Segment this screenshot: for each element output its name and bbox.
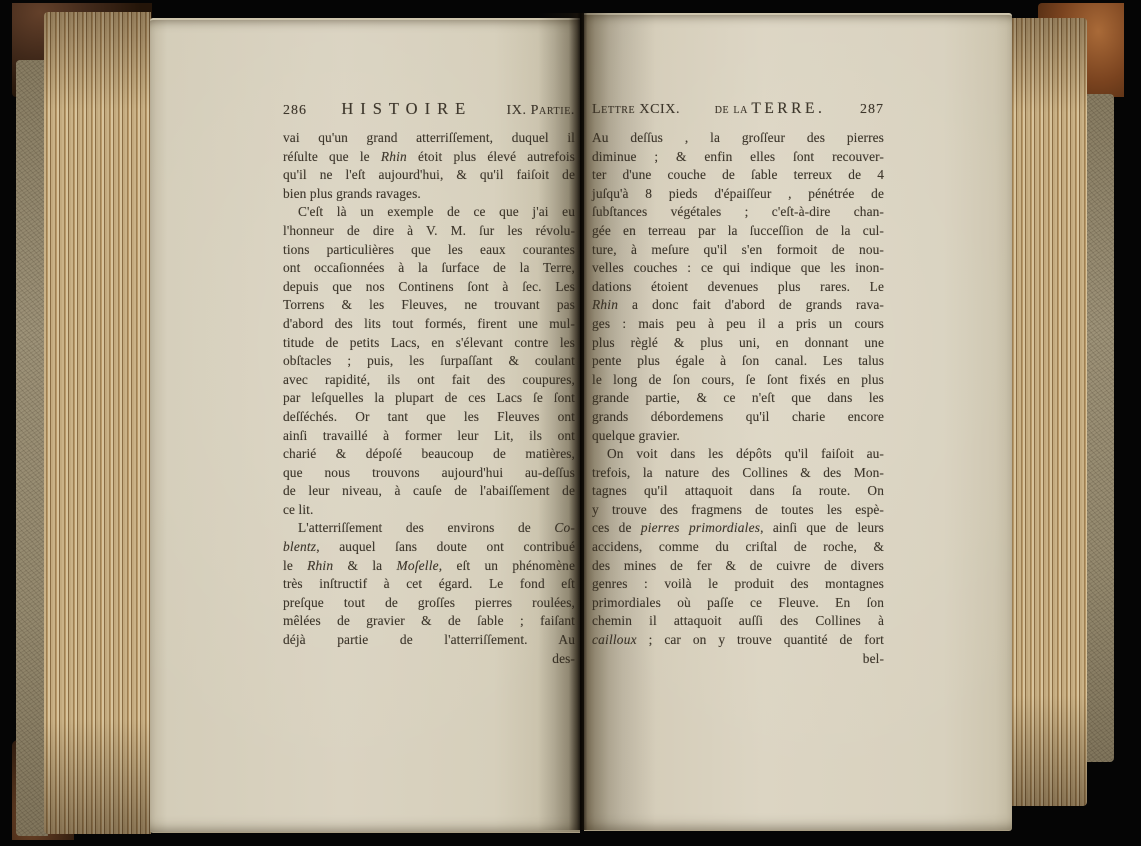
text-line: y trouve des fragmens de toutes les espè… [592, 501, 884, 520]
text-line: mêlées de gravier & de ſable ; faiſant [283, 612, 575, 631]
right-page-number: 287 [860, 101, 884, 120]
text-line: ce lit. [283, 501, 575, 520]
text-line: C'eſt là un exemple de ce que j'ai eu [283, 203, 575, 222]
text-line: Au deſſus , la groſſeur des pierres [592, 129, 884, 148]
text-line: des mines de fer & de cuivre de divers [592, 557, 884, 576]
right-running-header: Lettre XCIX. de la TERRE. 287 [592, 100, 884, 122]
text-line: déjà partie de l'atterriſſement. Au [283, 631, 575, 650]
text-line: bien plus grands ravages. [283, 185, 575, 204]
text-line: Torrens & les Fleuves, ne trouvant pas [283, 296, 575, 315]
text-line: ont occaſionnées à la ſurface de la Terr… [283, 259, 575, 278]
text-line: L'atterriſſement des environs de Co- [283, 519, 575, 538]
text-line: depuis que nos Continens ſont à ſec. Les [283, 278, 575, 297]
text-line: quelque gravier. [592, 427, 884, 446]
text-line: juſqu'à 8 pieds d'épaiſſeur , pénétrée d… [592, 185, 884, 204]
text-line: grands débordemens qu'il charie encore [592, 408, 884, 427]
text-line: ainſi travaillé à former leur Lit, ils o… [283, 427, 575, 446]
text-line: cailloux ; car on y trouve quantité de f… [592, 631, 884, 650]
text-line: accidens, comme du criſtal de roche, & [592, 538, 884, 557]
left-page-text-block: 286 HISTOIRE IX. Partie. vai qu'un grand… [283, 100, 575, 668]
text-line: pente plus égale à ſon canal. Les talus [592, 352, 884, 371]
right-page-text: Au deſſus , la groſſeur des pierresdimin… [592, 129, 884, 668]
text-line: l'honneur de dire à V. M. ſur les révolu… [283, 222, 575, 241]
text-line: charié & dépoſé beaucoup de matières, [283, 445, 575, 464]
text-line: obſtacles ; puis, les ſurpaſſant & coula… [283, 352, 575, 371]
catchword: bel- [592, 650, 884, 669]
text-line: par leſquelles la plupart de ces Lacs ſe… [283, 389, 575, 408]
text-line: qu'il ne l'eſt aujourd'hui, & qu'il faiſ… [283, 166, 575, 185]
text-line: vai qu'un grand atterriſſement, duquel i… [283, 129, 575, 148]
text-line: primordiales où paſſe ce Fleuve. En ſon [592, 594, 884, 613]
text-line: deſſéchés. Or tant que les Fleuves ont [283, 408, 575, 427]
text-line: ges : mais peu à peu il a pris un cours [592, 315, 884, 334]
text-line: que nous trouvons aujourd'hui au-deſſus [283, 464, 575, 483]
right-running-letter: Lettre XCIX. [592, 101, 680, 120]
text-line: Rhin a donc fait d'abord de grands rava- [592, 296, 884, 315]
left-running-title: HISTOIRE [341, 100, 472, 119]
text-line: On voit dans les dépôts qu'il faiſoit au… [592, 445, 884, 464]
book-photo: 286 HISTOIRE IX. Partie. vai qu'un grand… [0, 0, 1141, 846]
text-line: plus règlé & plus uni, en donnant une [592, 334, 884, 353]
text-line: réſulte que le Rhin étoit plus élevé aut… [283, 148, 575, 167]
text-line: chemin il attaquoit auſſi des Collines à [592, 612, 884, 631]
text-line: preſque tout de groſſes pierres roulées, [283, 594, 575, 613]
text-line: ſubſtances végétales ; c'eſt-à-dire chan… [592, 203, 884, 222]
text-line: ture, à meſure qu'il s'en formoit de nou… [592, 241, 884, 260]
text-line: trefois, la nature des Collines & des Mo… [592, 464, 884, 483]
text-line: le Rhin & la Moſelle, eſt un phénomène [283, 557, 575, 576]
text-line: genres : voilà le produit des montagnes [592, 575, 884, 594]
text-line: titude de petits Lacs, en s'élevant cont… [283, 334, 575, 353]
left-running-section: IX. Partie. [507, 102, 576, 121]
text-line: grande partie, & ce n'eſt que dans les [592, 389, 884, 408]
board-edge-right [1086, 94, 1114, 762]
text-line: de leur niveau, à cauſe de l'abaiſſement… [283, 482, 575, 501]
text-line: très inſtructif à cet égard. Le fond eſt [283, 575, 575, 594]
text-line: tagnes qu'il attaquoit dans ſa route. On [592, 482, 884, 501]
catchword: des- [283, 650, 575, 669]
page-stack-fore-edge-right [1010, 18, 1087, 806]
text-line: avec rapidité, ils ont fait des coupures… [283, 371, 575, 390]
text-line: velles couches : ce qui indique que les … [592, 259, 884, 278]
left-page-number: 286 [283, 102, 307, 121]
right-running-title-group: de la TERRE. [715, 100, 826, 120]
text-line: blentz, auquel ſans doute ont contribué [283, 538, 575, 557]
left-page-text: vai qu'un grand atterriſſement, duquel i… [283, 129, 575, 668]
text-line: gée en terreau par la ſucceſſion de la c… [592, 222, 884, 241]
text-line: tions particulières que les eaux courant… [283, 241, 575, 260]
left-running-header: 286 HISTOIRE IX. Partie. [283, 100, 575, 122]
right-running-title: TERRE. [751, 100, 825, 117]
text-line: dations étoient devenues plus rares. Le [592, 278, 884, 297]
text-line: ter d'une couche de ſable terreux de 4 [592, 166, 884, 185]
text-line: ces de pierres primordiales, ainſi que d… [592, 519, 884, 538]
right-page-text-block: Lettre XCIX. de la TERRE. 287 Au deſſus … [592, 100, 884, 668]
text-line: d'abord des lits tout formés, firent une… [283, 315, 575, 334]
text-line: diminue ; & enfin elles ſont recouver- [592, 148, 884, 167]
page-stack-fore-edge-left [44, 12, 151, 834]
right-running-middle: de la [715, 102, 748, 117]
text-line: le long de ſon cours, ſe ſont fixés en p… [592, 371, 884, 390]
